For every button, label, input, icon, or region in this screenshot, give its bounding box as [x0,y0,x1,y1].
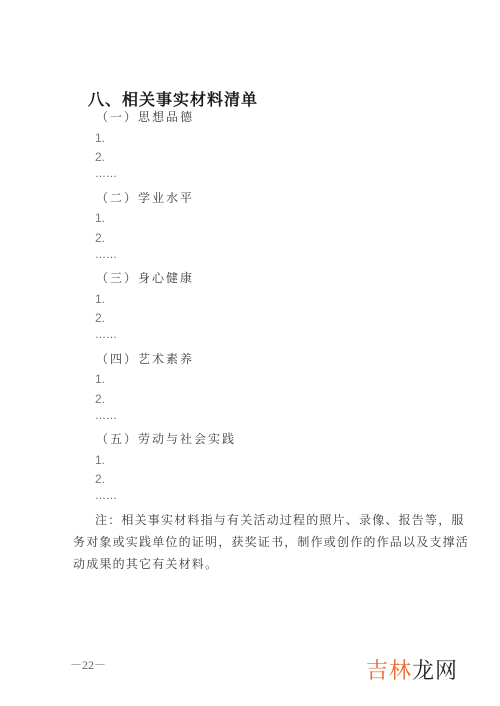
list-item: 2. [95,150,105,164]
ellipsis: …… [95,249,117,261]
list-item: 2. [95,311,105,325]
list-item: 1. [95,292,105,306]
note-paragraph: 注：相关事实材料指与有关活动过程的照片、录像、报告等，服 务对象或实践单位的证明… [95,509,415,575]
list-item: 2. [95,472,105,486]
list-item: 1. [95,211,105,225]
list-item: 2. [95,392,105,406]
ellipsis: …… [95,410,117,422]
document-page: 八、相关事实材料清单 （一）思想品德 1. 2. …… （二）学业水平 1. 2… [0,0,500,706]
section-title-academic: （二）学业水平 [96,189,194,206]
watermark-text-dark: 龙网 [412,659,458,684]
ellipsis: …… [95,168,117,180]
list-item: 2. [95,231,105,245]
section-title-arts: （四）艺术素养 [96,350,194,367]
note-line: 务对象或实践单位的证明，获奖证书，制作或创作的作品以及支撑活 [73,531,415,553]
section-title-moral: （一）思想品德 [96,108,194,125]
note-line: 动成果的其它有关材料。 [73,553,415,575]
watermark-logo: 吉林龙网 [366,654,458,685]
list-item: 1. [95,453,105,467]
note-line: 注：相关事实材料指与有关活动过程的照片、录像、报告等，服 [95,509,415,531]
section-title-labor-practice: （五）劳动与社会实践 [96,430,236,447]
page-number: －22－ [70,656,106,673]
list-item: 1. [95,131,105,145]
ellipsis: …… [95,490,117,502]
page-heading: 八、相关事实材料清单 [88,87,258,110]
list-item: 1. [95,372,105,386]
ellipsis: …… [95,329,117,341]
section-title-health: （三）身心健康 [96,269,194,286]
watermark-text-orange: 吉林 [366,659,412,684]
